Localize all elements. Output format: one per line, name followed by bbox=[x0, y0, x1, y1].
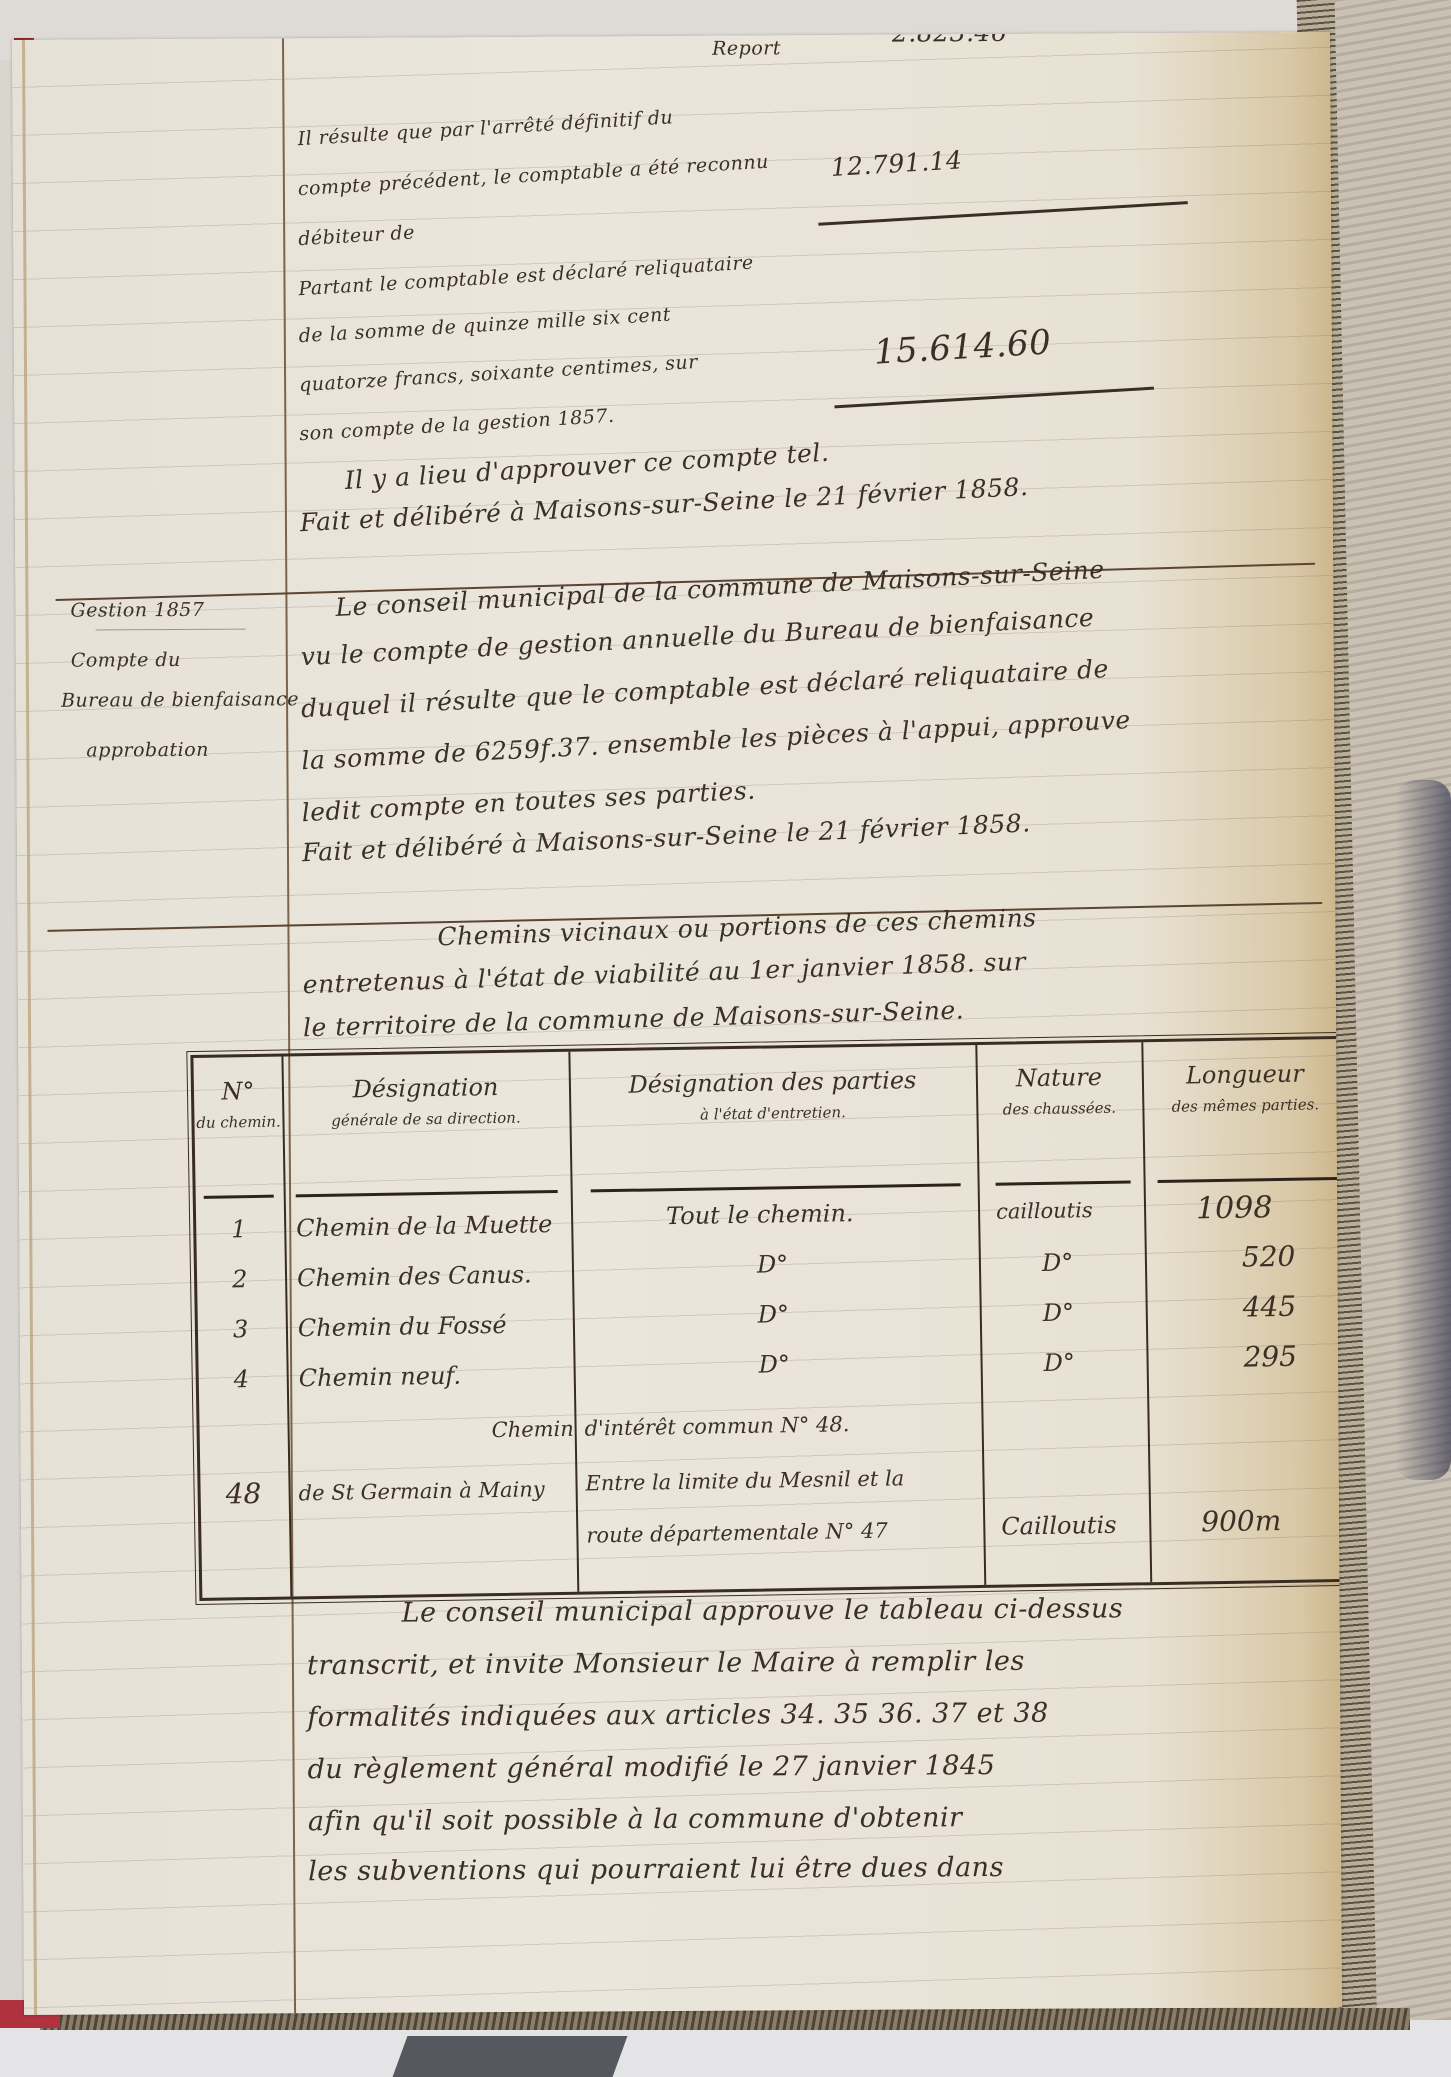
header-rule bbox=[204, 1195, 274, 1199]
row-2-number: 2 bbox=[232, 1265, 248, 1293]
row-2-length: 520 bbox=[1242, 1240, 1296, 1274]
row-1-parts: Tout le chemin. bbox=[666, 1199, 854, 1230]
header-rule bbox=[996, 1180, 1131, 1185]
row-1-length: 1098 bbox=[1196, 1190, 1273, 1226]
dark-object bbox=[393, 2036, 628, 2077]
col-header-subtitle: des chaussées. bbox=[976, 1098, 1142, 1119]
row-2-parts: D° bbox=[757, 1250, 789, 1279]
row-3-number: 3 bbox=[233, 1315, 249, 1343]
col-divider bbox=[281, 1057, 292, 1597]
row-1-direction: Chemin de la Muette bbox=[296, 1210, 553, 1242]
row-3-direction: Chemin du Fossé bbox=[298, 1311, 507, 1342]
fourth-line-6: les subventions qui pourraient lui être … bbox=[308, 1852, 1004, 1887]
roads-table: N° du chemin. Désignation générale de sa… bbox=[190, 1036, 1342, 1601]
fourth-line-4: du règlement général modifié le 27 janvi… bbox=[307, 1750, 995, 1785]
special-row-length: 900m bbox=[1201, 1504, 1282, 1538]
margin-note-line-1: Compte du bbox=[71, 649, 181, 672]
special-row-direction: de St Germain à Mainy bbox=[298, 1477, 544, 1505]
col-header-nature: Nature des chaussées. bbox=[976, 1062, 1143, 1119]
special-row-number: 48 bbox=[225, 1477, 261, 1511]
row-4-nature: D° bbox=[1043, 1348, 1075, 1377]
row-4-parts: D° bbox=[758, 1350, 790, 1379]
special-row-header-right: d'intérêt commun N° 48. bbox=[584, 1412, 849, 1440]
header-rule bbox=[1158, 1177, 1338, 1183]
col-header-title: Nature bbox=[976, 1062, 1142, 1093]
col-header-subtitle: à l'état d'entretien. bbox=[569, 1101, 976, 1126]
fourth-line-1: Le conseil municipal approuve le tableau… bbox=[402, 1593, 1124, 1628]
header-rule bbox=[591, 1183, 961, 1192]
col-header-parts: Désignation des parties à l'état d'entre… bbox=[569, 1065, 977, 1126]
col-divider bbox=[568, 1052, 579, 1592]
col-header-subtitle: générale de sa direction. bbox=[282, 1108, 569, 1131]
header-rule bbox=[296, 1190, 558, 1197]
special-row-header-left: Chemin bbox=[491, 1417, 574, 1442]
row-3-length: 445 bbox=[1242, 1290, 1296, 1324]
margin-note-line-3: approbation bbox=[86, 739, 209, 762]
fourth-line-3: formalités indiquées aux articles 34. 35… bbox=[307, 1698, 1049, 1734]
margin-note-title: Gestion 1857 bbox=[70, 599, 204, 622]
row-2-nature: D° bbox=[1042, 1248, 1074, 1277]
shadow bbox=[1395, 780, 1451, 1480]
special-row-parts-2: route départementale N° 47 bbox=[586, 1519, 888, 1548]
row-1-nature: cailloutis bbox=[996, 1198, 1093, 1224]
col-header-title: N° bbox=[194, 1077, 282, 1106]
col-divider bbox=[1141, 1042, 1152, 1582]
col-header-number: N° du chemin. bbox=[194, 1077, 283, 1132]
col-header-direction: Désignation générale de sa direction. bbox=[282, 1072, 570, 1131]
col-header-title: Désignation des parties bbox=[569, 1065, 976, 1100]
col-header-length: Longueur des mêmes parties. bbox=[1142, 1059, 1342, 1116]
col-header-subtitle: des mêmes parties. bbox=[1142, 1095, 1342, 1116]
col-header-title: Désignation bbox=[282, 1072, 569, 1105]
row-3-parts: D° bbox=[758, 1300, 790, 1329]
report-amount: 2.823.46 bbox=[892, 32, 1008, 48]
special-row-parts-1: Entre la limite du Mesnil et la bbox=[585, 1466, 904, 1495]
row-4-direction: Chemin neuf. bbox=[299, 1362, 462, 1393]
register-page: Report 2.823.46 Il résulte que par l'arr… bbox=[12, 32, 1342, 2015]
row-4-number: 4 bbox=[234, 1365, 250, 1393]
fourth-line-5: afin qu'il soit possible à la commune d'… bbox=[308, 1802, 963, 1837]
special-row-nature: Cailloutis bbox=[1001, 1511, 1117, 1541]
col-header-subtitle: du chemin. bbox=[194, 1113, 282, 1132]
col-divider bbox=[975, 1045, 986, 1585]
col-header-title: Longueur bbox=[1142, 1059, 1342, 1090]
row-2-direction: Chemin des Canus. bbox=[297, 1260, 532, 1292]
margin-note-line-2: Bureau de bienfaisance bbox=[61, 688, 299, 711]
fourth-line-2: transcrit, et invite Monsieur le Maire à… bbox=[307, 1646, 1025, 1681]
row-1-number: 1 bbox=[231, 1215, 247, 1243]
report-label: Report bbox=[712, 37, 781, 59]
row-3-nature: D° bbox=[1043, 1298, 1075, 1327]
row-4-length: 295 bbox=[1243, 1340, 1297, 1374]
